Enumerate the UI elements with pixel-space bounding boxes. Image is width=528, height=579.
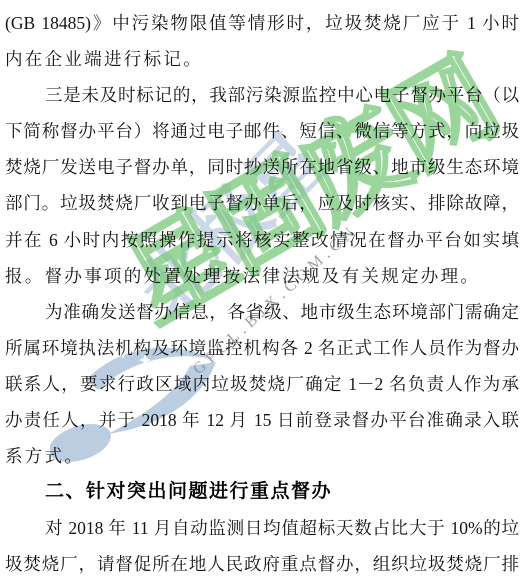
text-line: 焚烧厂发送电子督办单，同时抄送所在地省级、地市级生态环境: [5, 149, 519, 185]
section-heading: 二、针对突出问题进行重点督办: [5, 474, 519, 510]
text-line: 部门。垃圾焚烧厂收到电子督办单后，应及时核实、排除故障，: [5, 185, 519, 221]
document-text: (GB 18485)》中污染物限值等情形时，垃圾焚烧厂应于 1 小时内在企业端进…: [5, 5, 519, 579]
text-line: 对 2018 年 11 月自动监测日均值超标天数占比大于 10%的垃: [5, 510, 519, 546]
text-line: (GB 18485)》中污染物限值等情形时，垃圾焚烧厂应于 1 小时: [5, 5, 519, 41]
text-line: 系方式。: [5, 438, 519, 474]
text-line: 内在企业端进行标记。: [5, 41, 519, 77]
text-line: 办责任人，并于 2018 年 12 月 15 日前登录督办平台准确录入联: [5, 402, 519, 438]
text-line: 所属环境执法机构及环境监控机构各 2 名正式工作人员作为督办: [5, 330, 519, 366]
document-page: 北极星 星固废网 GFCL.BJX.COM.CN (GB 18485)》中污染物…: [0, 0, 528, 579]
text-line: 为准确发送督办信息，各省级、地市级生态环境部门需确定: [5, 294, 519, 330]
text-line: 三是未及时标记的，我部污染源监控中心电子督办平台（以: [5, 77, 519, 113]
text-line: 并在 6 小时内按照操作提示将核实整改情况在督办平台如实填: [5, 222, 519, 258]
text-line: 圾焚烧厂，请督促所在地人民政府重点督办，组织垃圾焚烧厂排: [5, 546, 519, 579]
text-line: 下简称督办平台）将通过电子邮件、短信、微信等方式，向垃圾: [5, 113, 519, 149]
text-line: 报。督办事项的处置处理按法律法规及有关规定办理。: [5, 258, 519, 294]
text-line: 联系人，要求行政区域内垃圾焚烧厂确定 1－2 名负责人作为承: [5, 366, 519, 402]
